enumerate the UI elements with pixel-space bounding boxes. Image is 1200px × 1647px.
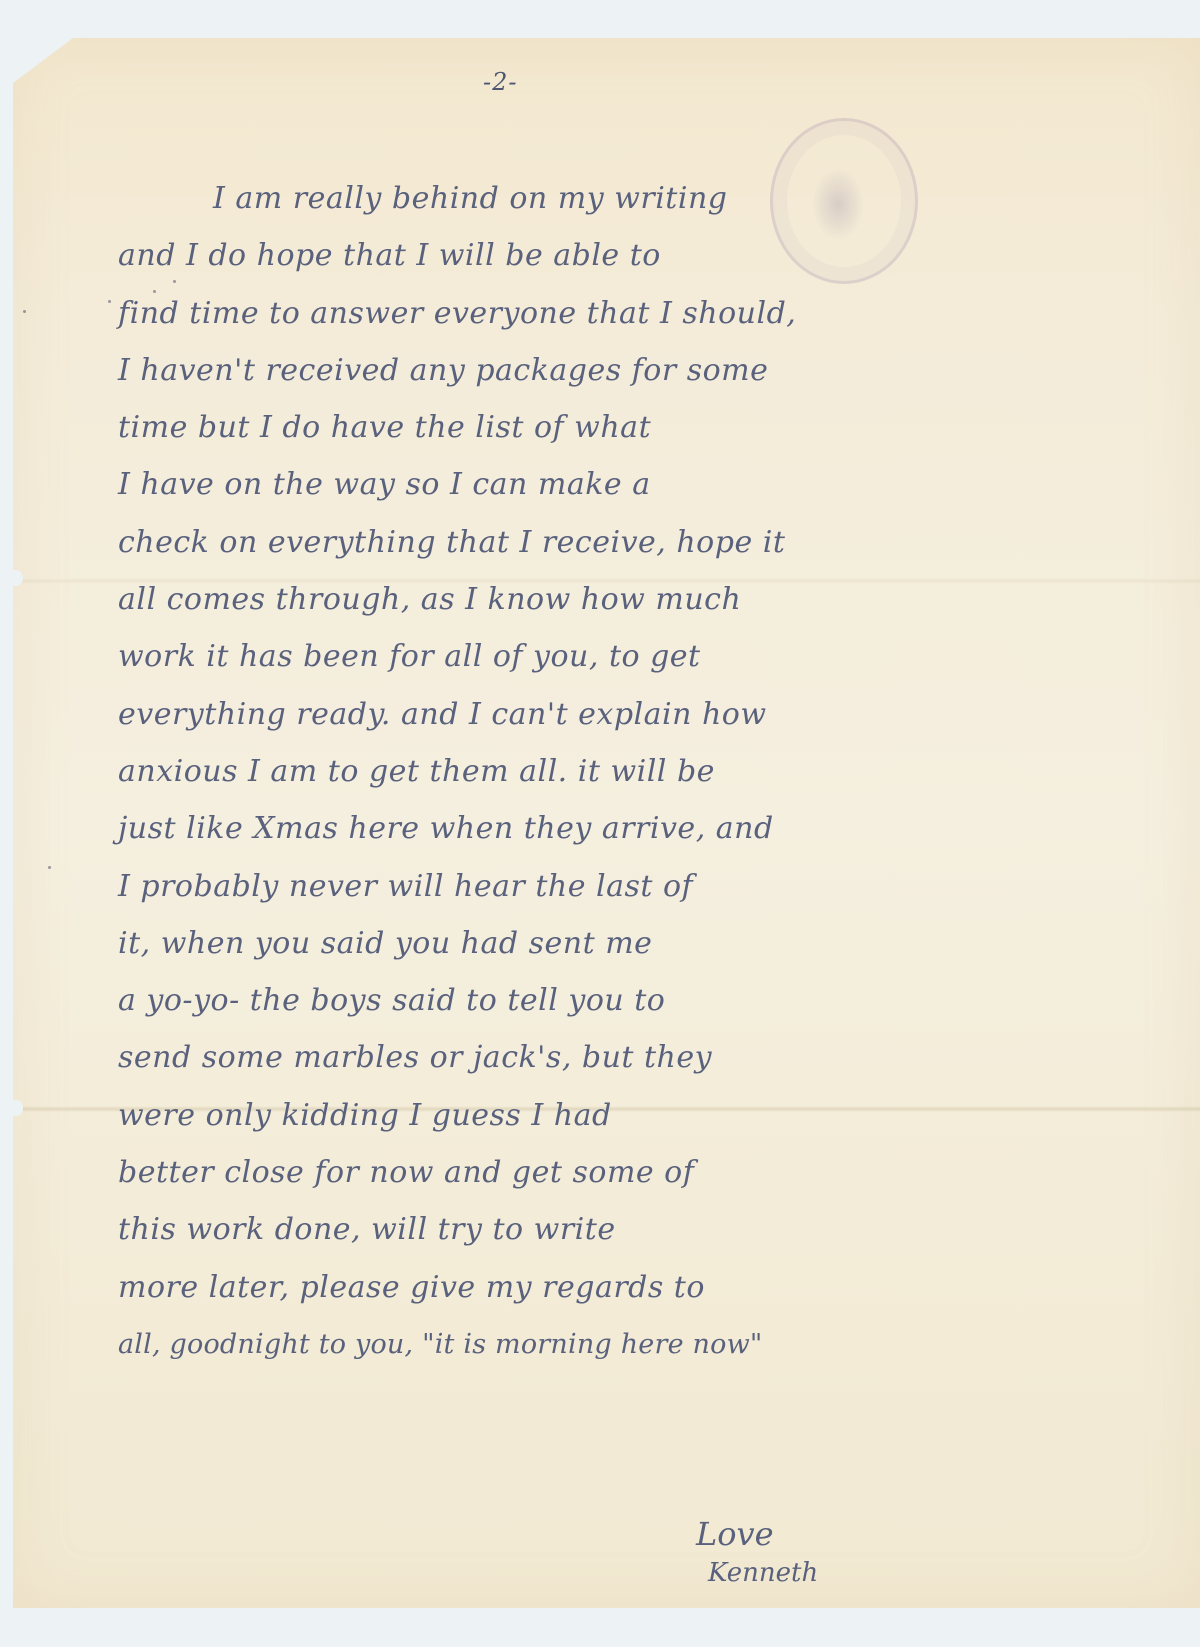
edge-notch-lower bbox=[9, 1100, 23, 1116]
letter-line: all, goodnight to you, "it is morning he… bbox=[118, 1316, 1200, 1373]
letter-line: more later, please give my regards to bbox=[118, 1259, 1200, 1316]
letter-closing: Love Kenneth bbox=[696, 1513, 818, 1591]
letter-line: it, when you said you had sent me bbox=[118, 915, 1200, 972]
letter-line: and I do hope that I will be able to bbox=[118, 227, 1200, 284]
letter-line: just like Xmas here when they arrive, an… bbox=[118, 800, 1200, 857]
letter-line: better close for now and get some of bbox=[118, 1144, 1200, 1201]
letter-line: send some marbles or jack's, but they bbox=[118, 1029, 1200, 1086]
letter-line: a yo-yo- the boys said to tell you to bbox=[118, 972, 1200, 1029]
letter-line: anxious I am to get them all. it will be bbox=[118, 743, 1200, 800]
letter-line: I have on the way so I can make a bbox=[118, 456, 1200, 513]
letter-line: check on everything that I receive, hope… bbox=[118, 514, 1200, 571]
letter-page: -2- I am really behind on my writing and… bbox=[13, 38, 1200, 1608]
letter-line: time but I do have the list of what bbox=[118, 399, 1200, 456]
closing-salutation: Love bbox=[696, 1513, 818, 1555]
signature: Kenneth bbox=[696, 1555, 818, 1591]
ink-speck bbox=[23, 310, 26, 313]
letter-line: find time to answer everyone that I shou… bbox=[118, 285, 1200, 342]
letter-line: all comes through, as I know how much bbox=[118, 571, 1200, 628]
letter-line: I am really behind on my writing bbox=[118, 170, 1200, 227]
page-number: -2- bbox=[483, 68, 518, 96]
letter-line: work it has been for all of you, to get bbox=[118, 628, 1200, 685]
ink-speck bbox=[48, 866, 51, 869]
letter-line: I probably never will hear the last of bbox=[118, 858, 1200, 915]
letter-line: everything ready. and I can't explain ho… bbox=[118, 686, 1200, 743]
letter-line: I haven't received any packages for some bbox=[118, 342, 1200, 399]
edge-notch-upper bbox=[9, 570, 23, 586]
letter-body: I am really behind on my writing and I d… bbox=[118, 170, 1200, 1373]
ink-speck bbox=[108, 300, 111, 303]
letter-line: were only kidding I guess I had bbox=[118, 1087, 1200, 1144]
letter-line: this work done, will try to write bbox=[118, 1201, 1200, 1258]
